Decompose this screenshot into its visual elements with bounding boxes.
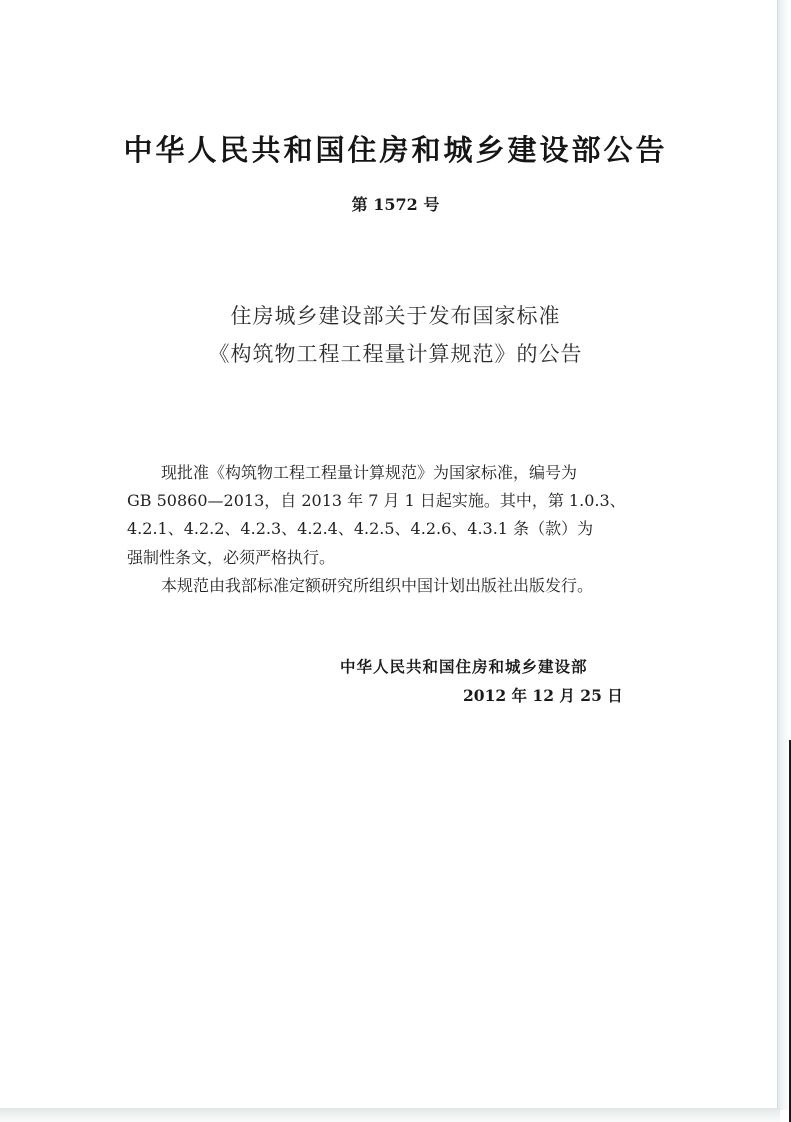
body-line: 本规范由我部标准定额研究所组织中国计划出版社出版发行。 — [161, 573, 761, 596]
body-line: 4.2.1、4.2.2、4.2.3、4.2.4、4.2.5、4.2.6、4.3.… — [127, 516, 727, 539]
signature-date: 2012 年 12 月 25 日 — [463, 684, 623, 706]
body-line: GB 50860—2013，自 2013 年 7 月 1 日起实施。其中，第 1… — [127, 488, 727, 511]
subtitle-line-2: 《构筑物工程工程量计算规范》的公告 — [0, 338, 791, 368]
subtitle-line-1: 住房城乡建设部关于发布国家标准 — [0, 300, 791, 330]
signature-organization: 中华人民共和国住房和城乡建设部 — [340, 655, 588, 677]
announcement-title: 中华人民共和国住房和城乡建设部公告 — [0, 128, 791, 169]
announcement-number: 第 1572 号 — [0, 192, 791, 215]
scan-bottom-shadow — [0, 1108, 780, 1122]
body-line: 现批准《构筑物工程工程量计算规范》为国家标准，编号为 — [161, 460, 761, 483]
document-page: 中华人民共和国住房和城乡建设部公告 第 1572 号 住房城乡建设部关于发布国家… — [0, 0, 791, 1122]
body-line: 强制性条文，必须严格执行。 — [127, 545, 727, 568]
